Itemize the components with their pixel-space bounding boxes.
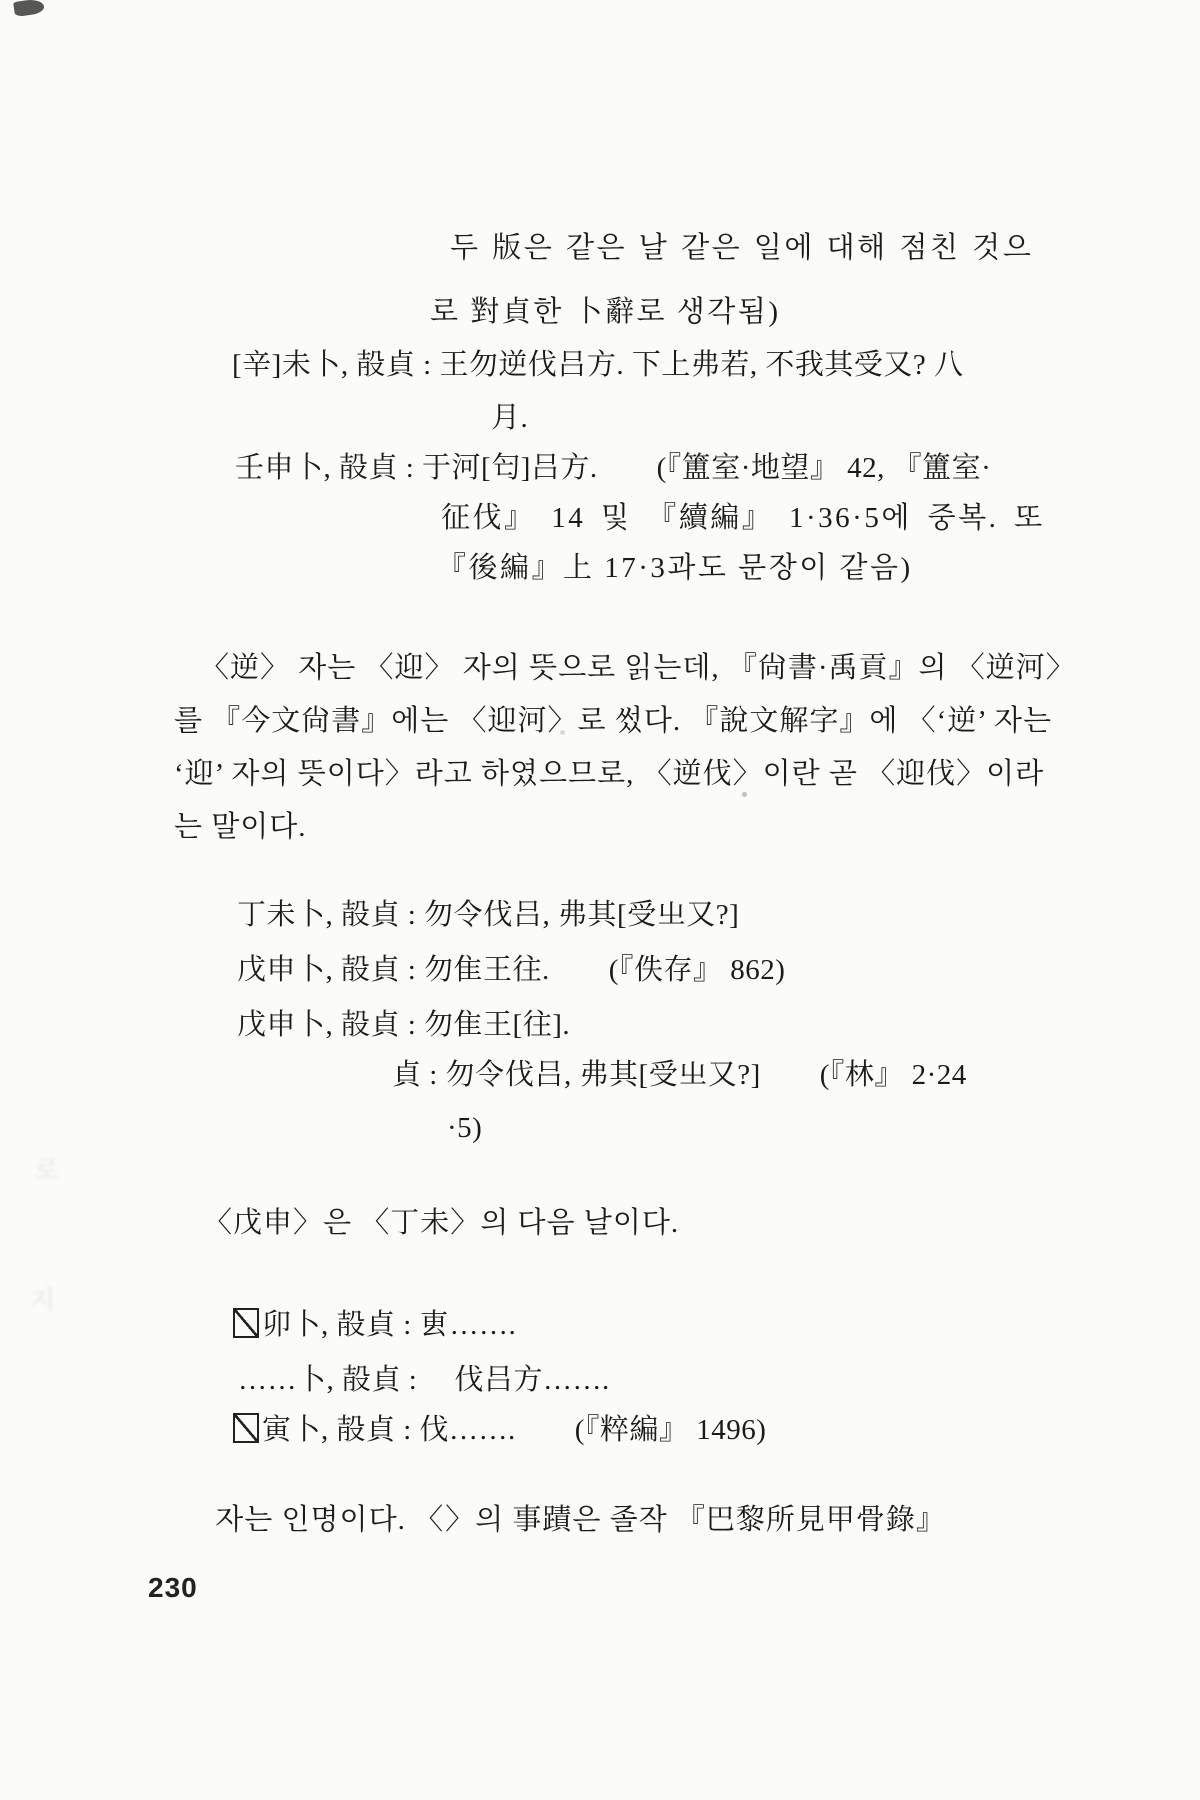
oracle-inscription-line: 寅卜, 㱿貞 : 伐……. (『粹編』 1496) bbox=[233, 1410, 766, 1450]
page-number: 230 bbox=[148, 1572, 198, 1604]
scan-artifact: 로 bbox=[34, 1150, 59, 1187]
body-text-line: 〈戊申〉은 〈丁未〉의 다음 날이다. bbox=[203, 1203, 679, 1243]
body-text-line: 는 말이다. bbox=[174, 807, 307, 847]
oracle-inscription-line: 戊申卜, 㱿貞 : 勿隹王[往]. bbox=[237, 1005, 570, 1045]
citation-line: 征伐』 14 및 『續編』 1·36·5에 중복. 또 bbox=[441, 498, 1045, 538]
oracle-inscription-line: 卯卜, 㱿貞 : 叀𠦪……. bbox=[233, 1305, 516, 1345]
lacuna-box-icon bbox=[233, 1413, 259, 1443]
body-text-line: 〈逆〉 자는 〈迎〉 자의 뜻으로 읽는데, 『尙書·禹貢』의 〈逆河〉 bbox=[200, 648, 1076, 688]
scan-artifact bbox=[13, 0, 45, 17]
citation-line: ·5) bbox=[447, 1108, 482, 1148]
body-text-line: 를 『今文尙書』에는 〈迎河〉로 썼다. 『說文解字』에 〈‘逆’ 자는 bbox=[174, 701, 1052, 741]
oracle-inscription-line: ……卜, 㱿貞 : 伐吕方……. bbox=[238, 1360, 610, 1400]
oracle-inscription-line: 壬申卜, 㱿貞 : 于河[匄]吕方. (『簠室·地望』 42, 『簠室· bbox=[235, 448, 991, 488]
inscription-text: 寅卜, 㱿貞 : 伐……. (『粹編』 1496) bbox=[262, 1414, 766, 1446]
book-page: 로 지 두 版은 같은 날 같은 일에 대해 점친 것으 로 對貞한 卜辭로 생… bbox=[0, 0, 1200, 1800]
scan-artifact: 지 bbox=[30, 1280, 55, 1317]
body-text-line: ‘迎’ 자의 뜻이다〉라고 하였으므로, 〈逆伐〉이란 곧 〈迎伐〉이라 bbox=[174, 754, 1044, 794]
oracle-inscription-line: 月. bbox=[491, 398, 528, 438]
text-line: 로 對貞한 卜辭로 생각됨) bbox=[430, 292, 781, 332]
oracle-inscription-line: [辛]未卜, 㱿貞 : 王勿逆伐吕方. 下上弗若, 不我其受又? 八 bbox=[232, 345, 964, 385]
inscription-text: 卯卜, 㱿貞 : 叀𠦪……. bbox=[262, 1309, 516, 1341]
oracle-inscription-line: 戊申卜, 㱿貞 : 勿隹王往. (『佚存』 862) bbox=[237, 950, 785, 990]
citation-line: 『後編』上 17·3과도 문장이 같음) bbox=[437, 548, 913, 588]
oracle-inscription-line: 貞 : 勿令𠦪伐吕, 弗其[受㞢又?] (『林』 2·24 bbox=[392, 1055, 967, 1095]
oracle-inscription-line: 丁未卜, 㱿貞 : 勿令𠦪伐吕, 弗其[受㞢又?] bbox=[237, 895, 739, 935]
text-line: 두 版은 같은 날 같은 일에 대해 점친 것으 bbox=[450, 228, 1033, 268]
lacuna-box-icon bbox=[233, 1308, 259, 1338]
body-text-line: 〈𠦪〉 자는 인명이다. 〈𠦪〉의 事蹟은 졸작 『巴黎所見甲骨錄』 bbox=[204, 1500, 946, 1540]
